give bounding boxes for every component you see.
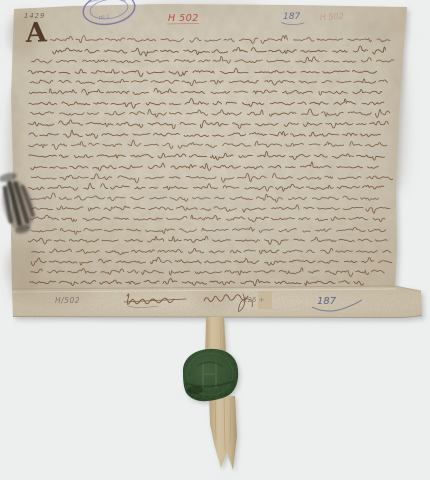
archival-scan-page: A 1429 DE C H 502 187 H 502 H/502 126 + …	[0, 0, 430, 480]
pencil-year-note: 1429	[24, 12, 45, 20]
document-scan: A 1429 DE C H 502 187 H 502 H/502 126 + …	[0, 0, 430, 480]
fold-pencil-number: 126 +	[243, 296, 265, 304]
shelfmark-red-faint: H 502	[320, 12, 344, 22]
folio-number-top: 187	[283, 12, 300, 22]
fold-pencil-shelfmark: H/502	[55, 296, 80, 305]
folio-number-bottom: 187	[317, 296, 337, 307]
shelfmark-red: H 502	[168, 13, 199, 24]
illuminated-initial: A	[24, 17, 48, 49]
